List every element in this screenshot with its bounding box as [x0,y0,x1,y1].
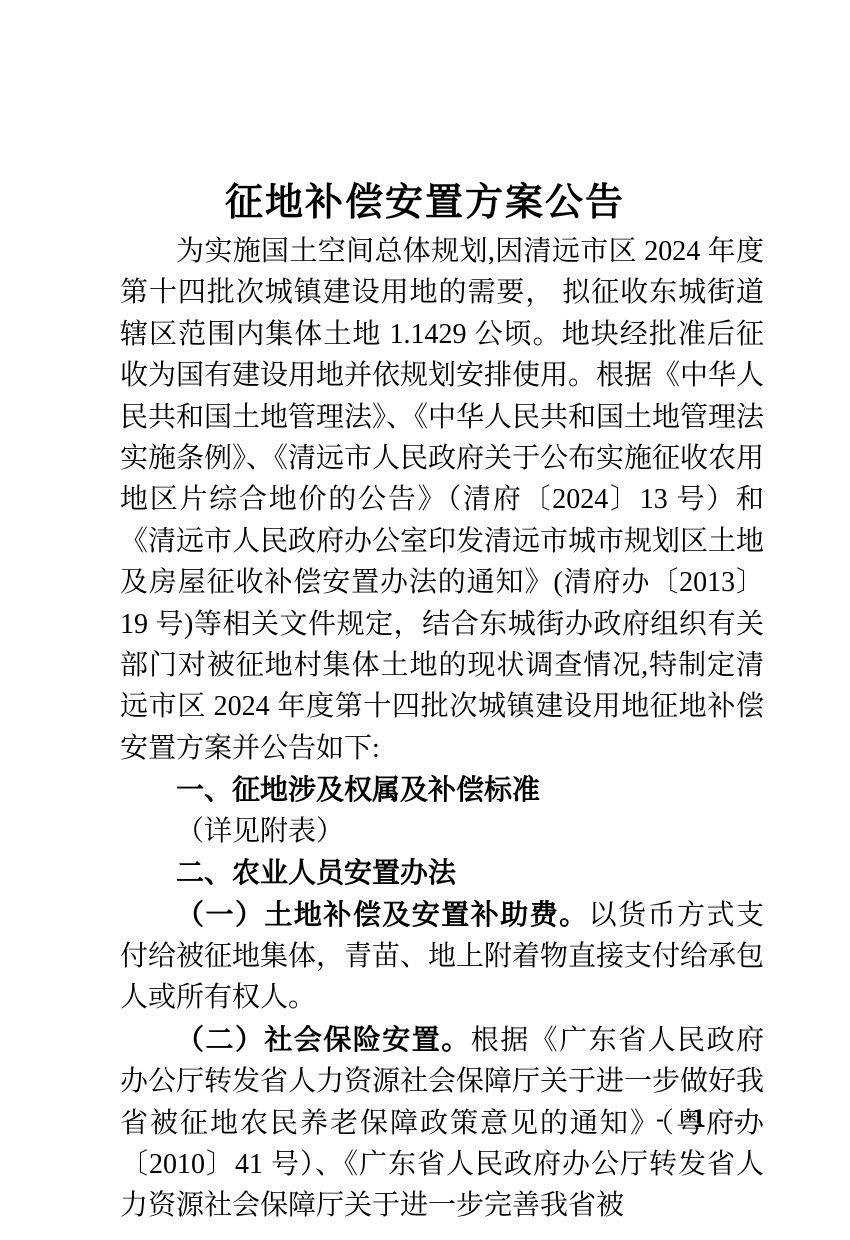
page-number: - 1 - [653,1105,750,1133]
section-heading-1: 一、征地涉及权属及补偿标准 [120,769,764,810]
paragraph-intro: 为实施国土空间总体规划,因清远市区 2024 年度第十四批次城镇建设用地的需要，… [120,231,764,769]
paragraph-item-1: （一）土地补偿及安置补助费。以货币方式支付给被征地集体，青苗、地上附着物直接支付… [120,894,764,1019]
document-page: 征地补偿安置方案公告 为实施国土空间总体规划,因清远市区 2024 年度第十四批… [0,0,850,1240]
section-heading-2: 二、农业人员安置办法 [120,852,764,893]
document-body: 为实施国土空间总体规划,因清远市区 2024 年度第十四批次城镇建设用地的需要，… [120,231,764,1227]
paragraph-see-attachment: （详见附表） [120,811,764,852]
item-2-lead: （二）社会保险安置。 [176,1024,471,1055]
page-title: 征地补偿安置方案公告 [0,171,850,226]
item-1-lead: （一）土地补偿及安置补助费。 [176,899,589,930]
